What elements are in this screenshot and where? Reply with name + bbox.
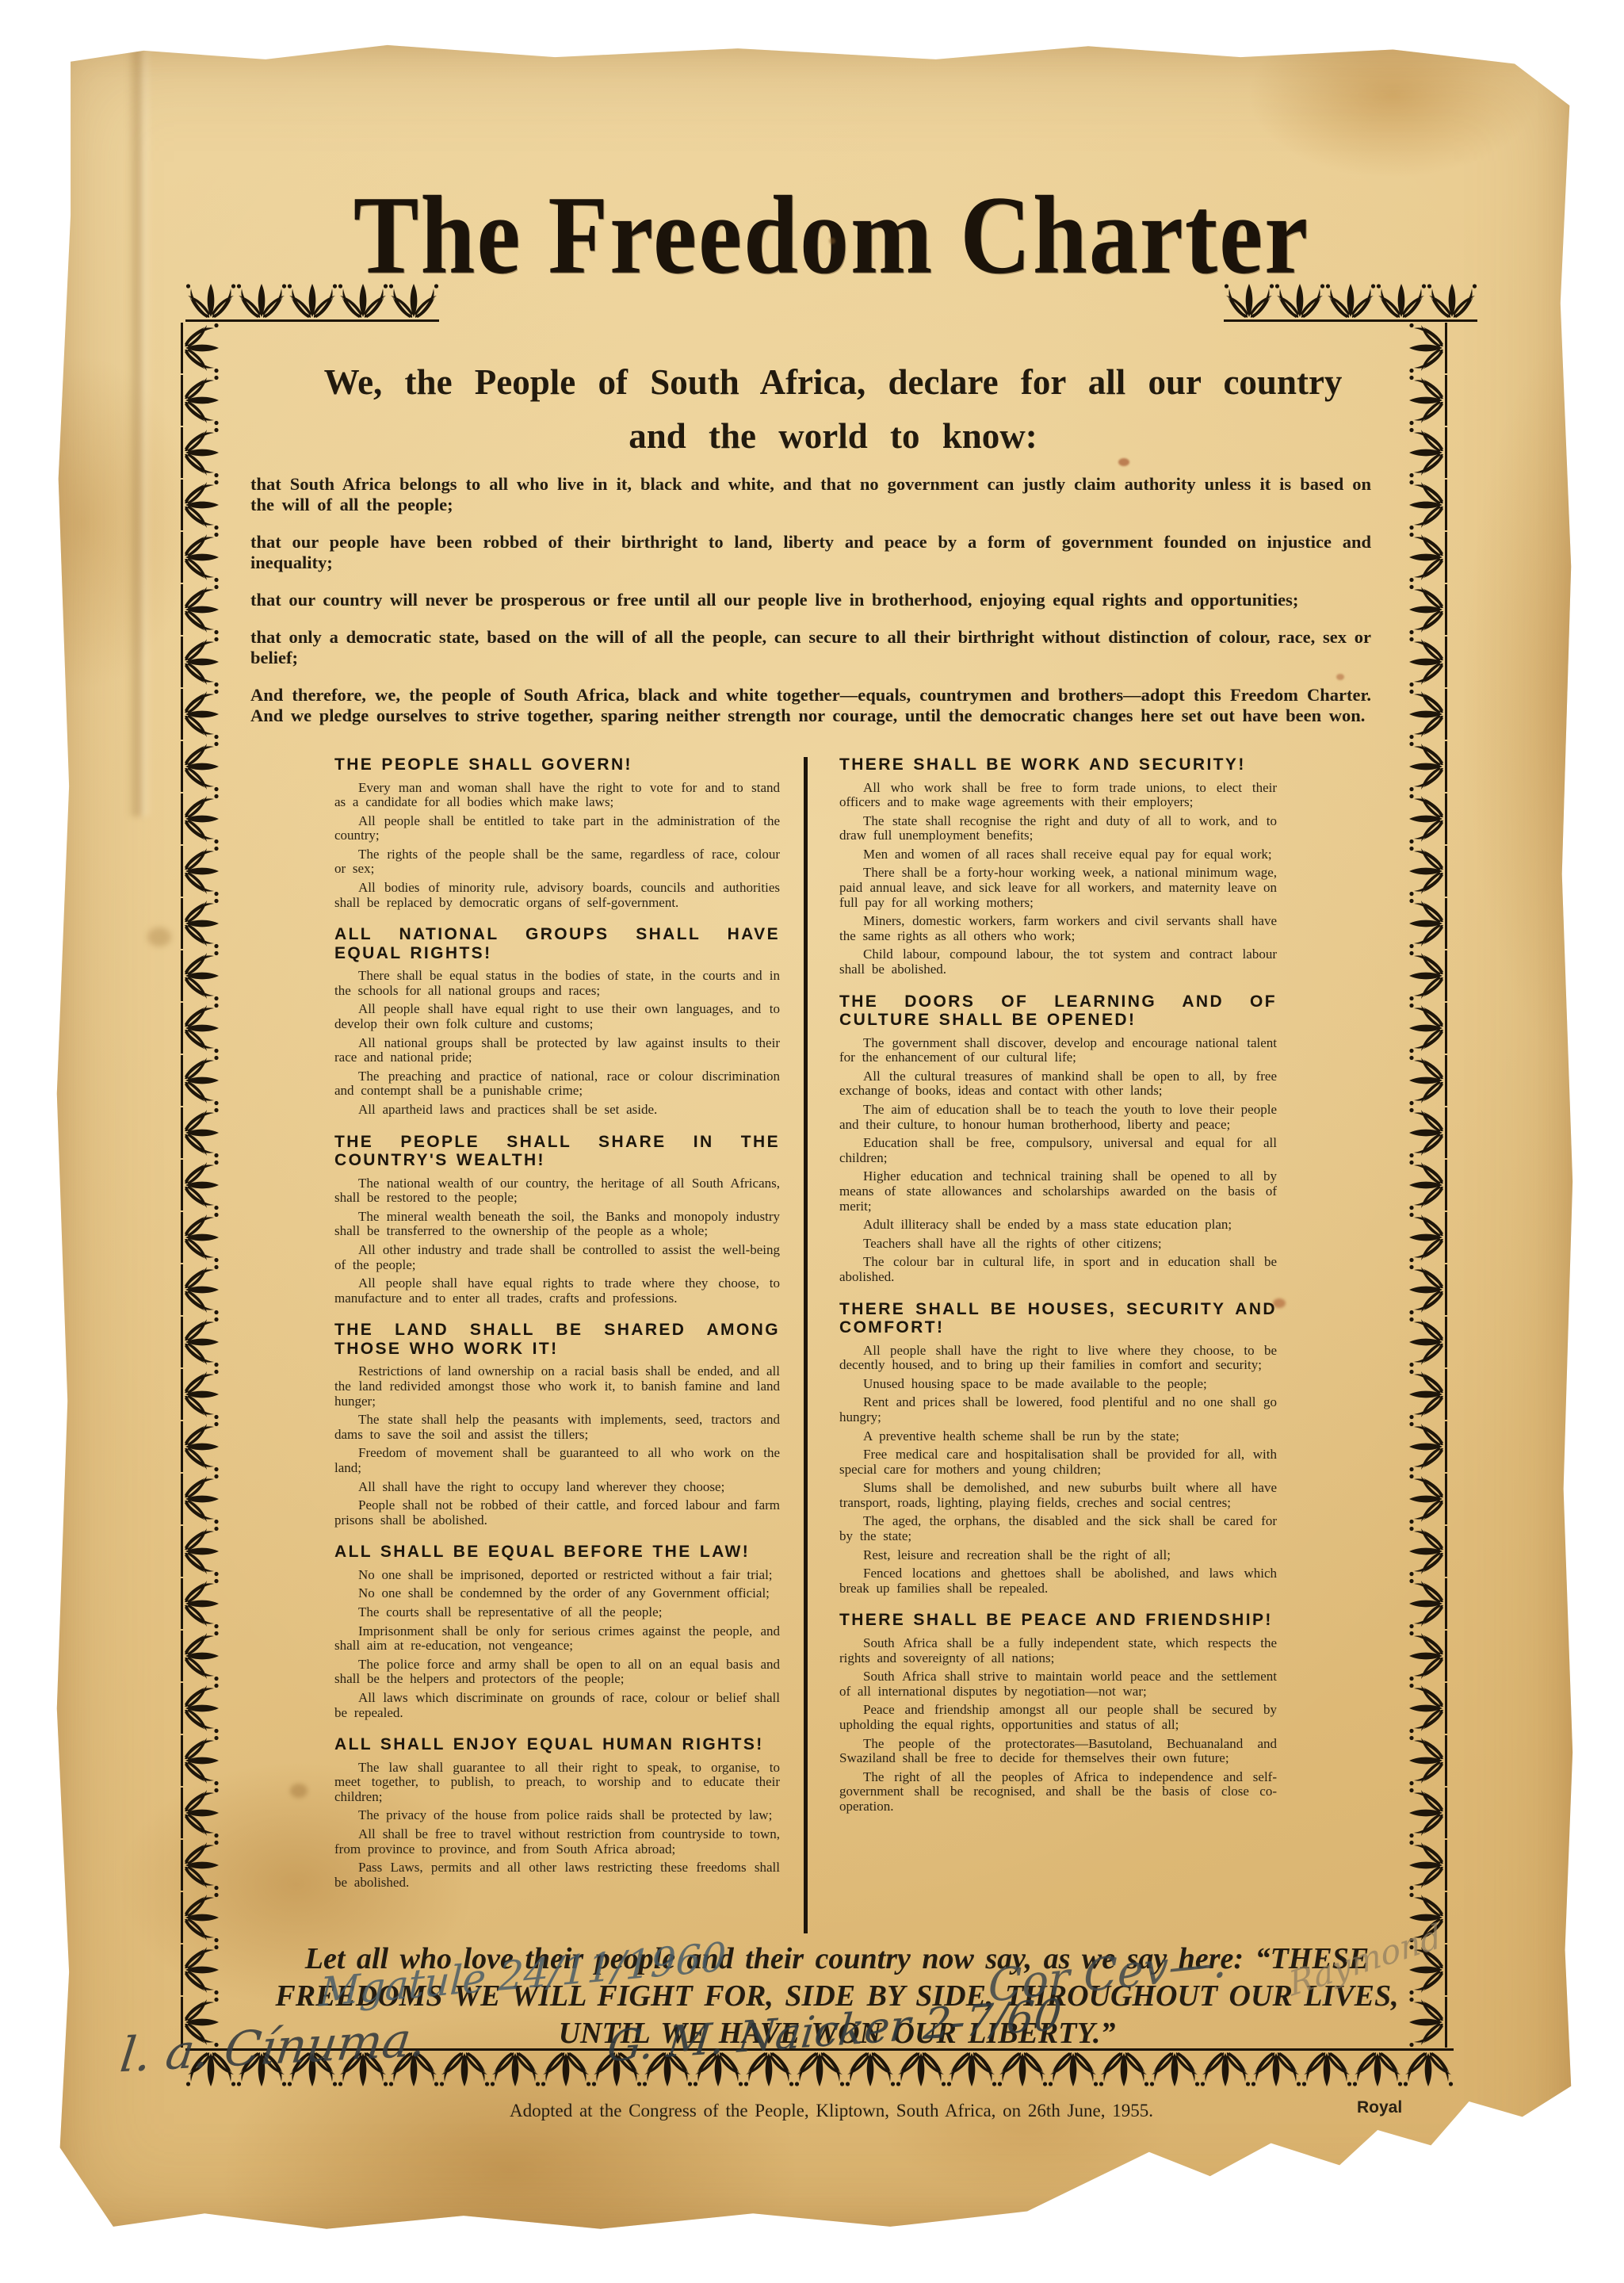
leaf-ornament-icon	[236, 2048, 287, 2101]
leaf-ornament-icon	[181, 584, 233, 635]
charter-section: THE PEOPLE SHALL SHARE IN THE COUNTRY'S …	[334, 1133, 780, 1306]
leaf-ornament-icon	[642, 2048, 693, 2101]
border-motif	[1403, 1107, 1439, 1159]
section-clause: The privacy of the house from police rai…	[334, 1808, 780, 1823]
border-motif	[1403, 374, 1439, 426]
leaf-ornament-icon	[181, 1788, 233, 1838]
border-motif	[1403, 1734, 1439, 1787]
border-motif	[189, 531, 225, 583]
declaration-subtitle: We, the People of South Africa, declare …	[290, 355, 1376, 463]
section-clause: There shall be a forty-hour working week…	[839, 866, 1277, 910]
leaf-ornament-icon	[693, 2048, 743, 2101]
leaf-ornament-icon	[1395, 741, 1447, 792]
leaf-ornament-icon	[1301, 2048, 1352, 2101]
border-motif	[1403, 793, 1439, 845]
leaf-ornament-icon	[490, 2048, 541, 2101]
preamble-paragraph: that our country will never be prosperou…	[250, 590, 1371, 610]
charter-section: THE PEOPLE SHALL GOVERN!Every man and wo…	[334, 755, 780, 910]
border-motif	[189, 479, 225, 531]
border-motif	[1403, 1159, 1439, 1211]
preamble-paragraph: that our people have been robbed of thei…	[250, 532, 1371, 573]
leaf-ornament-icon	[743, 2048, 794, 2101]
leaf-ornament-icon	[1395, 375, 1447, 426]
border-motif	[1403, 1002, 1439, 1054]
leaf-ornament-icon	[181, 1578, 233, 1629]
leaf-ornament-icon	[1395, 1421, 1447, 1472]
border-motif	[1403, 1839, 1439, 1891]
leaf-ornament-icon	[1395, 794, 1447, 844]
border-motif	[1403, 1891, 1439, 1944]
paper-crease	[128, 40, 151, 816]
leaf-ornament-icon	[1395, 637, 1447, 687]
leaf-ornament-icon	[181, 1107, 233, 1158]
column-divider-rule	[804, 757, 808, 1933]
leaf-ornament-icon	[181, 1892, 233, 1943]
section-heading: THE LAND SHALL BE SHARED AMONG THOSE WHO…	[334, 1321, 780, 1358]
section-clause: Child labour, compound labour, the tot s…	[839, 947, 1277, 977]
section-clause: Restrictions of land ownership on a raci…	[334, 1364, 780, 1409]
border-motif	[189, 740, 225, 793]
leaf-ornament-icon	[181, 741, 233, 792]
section-clause: Rent and prices shall be lowered, food p…	[839, 1395, 1277, 1424]
section-clause: The state shall recognise the right and …	[839, 814, 1277, 843]
section-clause: Fenced locations and ghettoes shall be a…	[839, 1566, 1277, 1596]
section-clause: The aim of education shall be to teach t…	[839, 1103, 1277, 1132]
section-heading: ALL NATIONAL GROUPS SHALL HAVE EQUAL RIG…	[334, 925, 780, 962]
leaf-ornament-icon	[181, 1421, 233, 1472]
charter-section: ALL NATIONAL GROUPS SHALL HAVE EQUAL RIG…	[334, 925, 780, 1117]
border-motif	[1403, 1787, 1439, 1839]
border-motif	[189, 322, 225, 374]
border-motif	[189, 1787, 225, 1839]
border-ornament-left	[189, 322, 225, 2048]
leaf-ornament-icon	[1395, 846, 1447, 897]
border-motif	[1403, 1473, 1439, 1525]
border-motif	[189, 636, 225, 688]
page-title: The Freedom Charter	[195, 171, 1468, 300]
section-heading: THERE SHALL BE PEACE AND FRIENDSHIP!	[839, 1611, 1277, 1630]
border-motif	[189, 1630, 225, 1682]
section-clause: Education shall be free, compulsory, uni…	[839, 1136, 1277, 1165]
border-motif	[189, 793, 225, 845]
leaf-ornament-icon	[1395, 1212, 1447, 1263]
section-clause: All people shall have equal rights to tr…	[334, 1276, 780, 1306]
leaf-ornament-icon	[1395, 1788, 1447, 1838]
column-left: THE PEOPLE SHALL GOVERN!Every man and wo…	[334, 755, 780, 1945]
leaf-ornament-icon	[1395, 584, 1447, 635]
leaf-ornament-icon	[181, 375, 233, 426]
section-clause: Slums shall be demolished, and new subur…	[839, 1481, 1277, 1510]
leaf-ornament-icon	[1395, 480, 1447, 530]
border-motif	[189, 1944, 225, 1996]
charter-section: ALL SHALL BE EQUAL BEFORE THE LAW!No one…	[334, 1543, 780, 1720]
border-motif	[189, 897, 225, 950]
leaf-ornament-icon	[338, 2048, 388, 2101]
border-motif	[189, 1264, 225, 1316]
leaf-ornament-icon	[439, 2048, 490, 2101]
leaf-ornament-icon	[181, 427, 233, 478]
leaf-ornament-icon	[896, 2048, 946, 2101]
leaf-ornament-icon	[1395, 1317, 1447, 1367]
border-motif	[189, 1473, 225, 1525]
column-right: THERE SHALL BE WORK AND SECURITY!All who…	[839, 755, 1277, 1945]
leaf-ornament-icon	[1403, 2048, 1454, 2101]
section-clause: All other industry and trade shall be co…	[334, 1243, 780, 1272]
section-clause: People shall not be robbed of their catt…	[334, 1498, 780, 1528]
preamble-paragraph: that only a democratic state, based on t…	[250, 627, 1371, 668]
border-motif	[1403, 1054, 1439, 1107]
leaf-ornament-icon	[1395, 898, 1447, 949]
border-motif	[1403, 1577, 1439, 1630]
section-clause: Peace and friendship amongst all our peo…	[839, 1703, 1277, 1732]
leaf-ornament-icon	[181, 1945, 233, 1995]
section-clause: All laws which discriminate on grounds o…	[334, 1691, 780, 1720]
leaf-ornament-icon	[181, 1317, 233, 1367]
leaf-ornament-icon	[1395, 1631, 1447, 1681]
border-motif	[1403, 845, 1439, 897]
border-motif	[1403, 426, 1439, 479]
border-motif	[189, 1682, 225, 1734]
leaf-ornament-icon	[1395, 1892, 1447, 1943]
leaf-ornament-icon	[1395, 950, 1447, 1001]
leaf-ornament-icon	[1200, 2048, 1251, 2101]
charter-section: THE DOORS OF LEARNING AND OF CULTURE SHA…	[839, 992, 1277, 1285]
section-clause: The mineral wealth beneath the soil, the…	[334, 1210, 780, 1239]
section-clause: The government shall discover, develop a…	[839, 1036, 1277, 1065]
leaf-ornament-icon	[541, 2048, 591, 2101]
section-heading: ALL SHALL BE EQUAL BEFORE THE LAW!	[334, 1543, 780, 1562]
section-heading: THE PEOPLE SHALL GOVERN!	[334, 755, 780, 774]
section-clause: The right of all the peoples of Africa t…	[839, 1770, 1277, 1815]
border-motif	[189, 1839, 225, 1891]
border-motif	[189, 374, 225, 426]
section-heading: THE PEOPLE SHALL SHARE IN THE COUNTRY'S …	[334, 1133, 780, 1170]
section-clause: There shall be equal status in the bodie…	[334, 969, 780, 998]
section-clause: Imprisonment shall be only for serious c…	[334, 1624, 780, 1654]
section-clause: Unused housing space to be made availabl…	[839, 1377, 1277, 1392]
leaf-ornament-icon	[181, 532, 233, 583]
border-motif	[189, 1368, 225, 1421]
section-clause: The colour bar in cultural life, in spor…	[839, 1255, 1277, 1284]
section-clause: All who work shall be free to form trade…	[839, 781, 1277, 810]
leaf-ornament-icon	[287, 2048, 338, 2101]
border-motif	[1403, 1682, 1439, 1734]
border-motif	[1403, 740, 1439, 793]
leaf-ornament-icon	[388, 2048, 439, 2101]
section-clause: All people shall be entitled to take par…	[334, 814, 780, 843]
section-clause: The police force and army shall be open …	[334, 1658, 780, 1687]
leaf-ornament-icon	[997, 2048, 1048, 2101]
section-clause: The national wealth of our country, the …	[334, 1176, 780, 1206]
section-clause: Freedom of movement shall be guaranteed …	[334, 1446, 780, 1475]
leaf-ornament-icon	[794, 2048, 845, 2101]
preamble: that South Africa belongs to all who liv…	[250, 474, 1371, 726]
leaf-ornament-icon	[1395, 1840, 1447, 1891]
leaf-ornament-icon	[181, 898, 233, 949]
leaf-ornament-icon	[181, 689, 233, 740]
border-motif	[1403, 1630, 1439, 1682]
section-clause: The state shall help the peasants with i…	[334, 1413, 780, 1442]
leaf-ornament-icon	[181, 1160, 233, 1210]
leaf-ornament-icon	[1352, 2048, 1403, 2101]
section-clause: Rest, leisure and recreation shall be th…	[839, 1548, 1277, 1563]
closing-pledge: Let all who love their people and their …	[243, 1941, 1431, 2052]
leaf-ornament-icon	[181, 1055, 233, 1106]
leaf-ornament-icon	[1395, 1474, 1447, 1524]
leaf-ornament-icon	[1395, 1578, 1447, 1629]
leaf-ornament-icon	[181, 1526, 233, 1577]
preamble-paragraph: that South Africa belongs to all who liv…	[250, 474, 1371, 515]
leaf-ornament-icon	[181, 1003, 233, 1054]
leaf-ornament-icon	[181, 1631, 233, 1681]
border-motif	[189, 1107, 225, 1159]
leaf-ornament-icon	[1395, 689, 1447, 740]
border-motif	[1403, 583, 1439, 636]
section-clause: Men and women of all races shall receive…	[839, 847, 1277, 862]
leaf-ornament-icon	[181, 794, 233, 844]
leaf-ornament-icon	[181, 1264, 233, 1315]
border-motif	[1403, 1525, 1439, 1577]
section-clause: All people shall have the right to live …	[839, 1344, 1277, 1373]
section-clause: All national groups shall be protected b…	[334, 1036, 780, 1065]
leaf-ornament-icon	[181, 846, 233, 897]
leaf-ornament-icon	[1395, 1107, 1447, 1158]
leaf-ornament-icon	[181, 323, 233, 373]
border-motif	[1403, 1368, 1439, 1421]
section-clause: Adult illiteracy shall be ended by a mas…	[839, 1218, 1277, 1233]
fox-spot	[290, 1784, 308, 1798]
section-clause: South Africa shall be a fully independen…	[839, 1636, 1277, 1665]
leaf-ornament-icon	[946, 2048, 997, 2101]
border-motif	[189, 426, 225, 479]
section-heading: THERE SHALL BE WORK AND SECURITY!	[839, 755, 1277, 774]
border-ornament-right	[1403, 322, 1439, 2048]
border-motif	[1403, 1211, 1439, 1264]
border-motif	[1403, 1264, 1439, 1316]
leaf-ornament-icon	[1099, 2048, 1149, 2101]
leaf-ornament-icon	[185, 2048, 236, 2101]
border-motif	[1403, 897, 1439, 950]
leaf-ornament-icon	[845, 2048, 896, 2101]
charter-section: THERE SHALL BE PEACE AND FRIENDSHIP!Sout…	[839, 1611, 1277, 1814]
section-heading: ALL SHALL ENJOY EQUAL HUMAN RIGHTS!	[334, 1735, 780, 1754]
border-motif	[1403, 531, 1439, 583]
charter-section: THE LAND SHALL BE SHARED AMONG THOSE WHO…	[334, 1321, 780, 1528]
leaf-ornament-icon	[181, 1212, 233, 1263]
leaf-ornament-icon	[591, 2048, 642, 2101]
leaf-ornament-icon	[181, 637, 233, 687]
section-clause: All the cultural treasures of mankind sh…	[839, 1069, 1277, 1099]
leaf-ornament-icon	[1395, 1735, 1447, 1786]
leaf-ornament-icon	[181, 1369, 233, 1420]
border-motif	[189, 1316, 225, 1368]
border-motif	[189, 1996, 225, 2048]
section-clause: Free medical care and hospitalisation sh…	[839, 1447, 1277, 1477]
border-motif	[189, 1211, 225, 1264]
leaf-ornament-icon	[181, 950, 233, 1001]
section-clause: The courts shall be representative of al…	[334, 1605, 780, 1620]
border-motif	[189, 1002, 225, 1054]
section-clause: Higher education and technical training …	[839, 1169, 1277, 1214]
charter-columns: THE PEOPLE SHALL GOVERN!Every man and wo…	[334, 755, 1282, 1945]
leaf-ornament-icon	[1395, 1160, 1447, 1210]
charter-section: THERE SHALL BE WORK AND SECURITY!All who…	[839, 755, 1277, 977]
border-motif	[1403, 1421, 1439, 1473]
leaf-ornament-icon	[1395, 323, 1447, 373]
section-heading: THE DOORS OF LEARNING AND OF CULTURE SHA…	[839, 992, 1277, 1030]
printer-mark: Royal	[1357, 2098, 1402, 2117]
adoption-footer: Adopted at the Congress of the People, K…	[185, 2101, 1477, 2121]
border-motif	[189, 688, 225, 740]
leaf-ornament-icon	[1395, 532, 1447, 583]
leaf-ornament-icon	[181, 1474, 233, 1524]
section-clause: No one shall be condemned by the order o…	[334, 1586, 780, 1601]
charter-section: THERE SHALL BE HOUSES, SECURITY AND COMF…	[839, 1300, 1277, 1597]
section-clause: All bodies of minority rule, advisory bo…	[334, 881, 780, 910]
border-motif	[1403, 950, 1439, 1002]
border-motif	[1403, 1316, 1439, 1368]
photo-background: The Freedom Charter We, the People of So…	[0, 0, 1624, 2283]
fox-spot	[147, 927, 171, 946]
border-motif	[189, 1891, 225, 1944]
border-ornament-bottom	[185, 2048, 1454, 2101]
border-motif	[189, 950, 225, 1002]
border-motif	[189, 1421, 225, 1473]
border-motif	[1403, 636, 1439, 688]
charter-poster: The Freedom Charter We, the People of So…	[52, 40, 1576, 2235]
section-clause: Pass Laws, permits and all other laws re…	[334, 1860, 780, 1890]
border-motif	[189, 1525, 225, 1577]
leaf-ornament-icon	[1395, 427, 1447, 478]
section-clause: The aged, the orphans, the disabled and …	[839, 1514, 1277, 1543]
section-clause: The people of the protectorates—Basutola…	[839, 1737, 1277, 1766]
border-motif	[189, 583, 225, 636]
section-clause: All people shall have equal right to use…	[334, 1002, 780, 1031]
leaf-ornament-icon	[1395, 1526, 1447, 1577]
leaf-ornament-icon	[1395, 1264, 1447, 1315]
preamble-paragraph: And therefore, we, the people of South A…	[250, 685, 1371, 726]
leaf-ornament-icon	[181, 1997, 233, 2048]
section-clause: All shall be free to travel without rest…	[334, 1827, 780, 1857]
leaf-ornament-icon	[181, 1840, 233, 1891]
section-clause: No one shall be imprisoned, deported or …	[334, 1568, 780, 1583]
leaf-ornament-icon	[1251, 2048, 1301, 2101]
border-motif	[189, 1577, 225, 1630]
section-clause: The rights of the people shall be the sa…	[334, 847, 780, 877]
section-clause: Miners, domestic workers, farm workers a…	[839, 914, 1277, 943]
section-clause: The law shall guarantee to all their rig…	[334, 1761, 780, 1805]
charter-section: ALL SHALL ENJOY EQUAL HUMAN RIGHTS!The l…	[334, 1735, 780, 1890]
section-clause: South Africa shall strive to maintain wo…	[839, 1669, 1277, 1699]
leaf-ornament-icon	[1395, 1683, 1447, 1734]
section-clause: The preaching and practice of national, …	[334, 1069, 780, 1099]
border-motif	[1403, 322, 1439, 374]
section-clause: A preventive health scheme shall be run …	[839, 1429, 1277, 1444]
border-motif	[1403, 479, 1439, 531]
leaf-ornament-icon	[1395, 1003, 1447, 1054]
section-heading: THERE SHALL BE HOUSES, SECURITY AND COMF…	[839, 1300, 1277, 1337]
leaf-ornament-icon	[1395, 1369, 1447, 1420]
border-motif	[1403, 688, 1439, 740]
section-clause: Teachers shall have all the rights of ot…	[839, 1237, 1277, 1252]
section-clause: All shall have the right to occupy land …	[334, 1480, 780, 1495]
border-motif	[189, 1054, 225, 1107]
section-clause: All apartheid laws and practices shall b…	[334, 1103, 780, 1118]
leaf-ornament-icon	[181, 480, 233, 530]
border-motif	[189, 1734, 225, 1787]
border-motif	[189, 1159, 225, 1211]
section-clause: Every man and woman shall have the right…	[334, 781, 780, 810]
leaf-ornament-icon	[1048, 2048, 1099, 2101]
leaf-ornament-icon	[1149, 2048, 1200, 2101]
leaf-ornament-icon	[181, 1683, 233, 1734]
leaf-ornament-icon	[181, 1735, 233, 1786]
border-motif	[189, 845, 225, 897]
leaf-ornament-icon	[1395, 1055, 1447, 1106]
